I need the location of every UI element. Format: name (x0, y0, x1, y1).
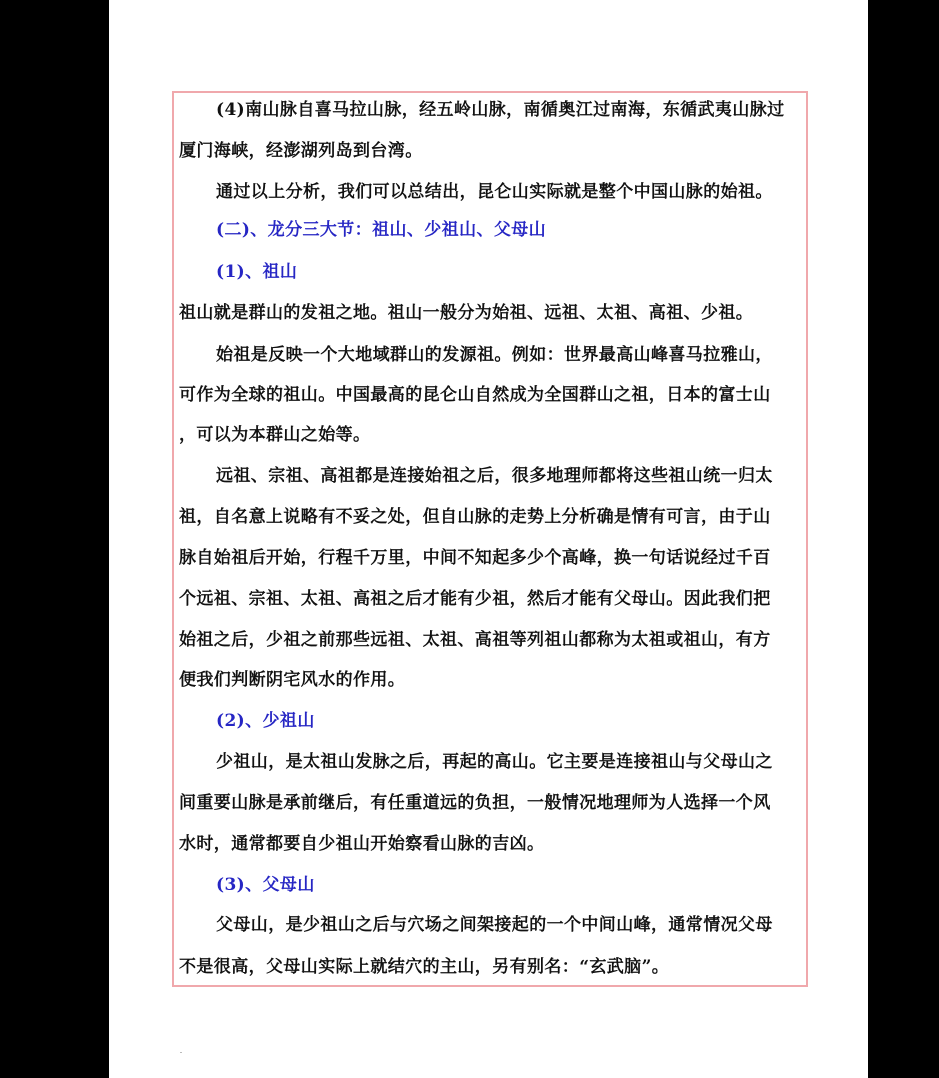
paragraph-line: 始祖之后，少祖之前那些远祖、太祖、高祖等列祖山都称为太祖或祖山，有方 (179, 630, 771, 650)
subsection-heading: (2)、少祖山 (216, 711, 315, 731)
subsection-heading: (1)、祖山 (216, 262, 297, 282)
paragraph-line: 始祖是反映一个大地域群山的发源祖。例如：世界最高山峰喜马拉雅山， (216, 345, 773, 365)
paragraph-line: 父母山，是少祖山之后与穴场之间架接起的一个中间山峰，通常情况父母 (216, 915, 773, 935)
subsection-heading: (3)、父母山 (216, 875, 315, 895)
paragraph-line: 厦门海峡，经澎湖列岛到台湾。 (179, 141, 423, 161)
paragraph-line: 脉自始祖后开始，行程千万里，中间不知起多少个高峰，换一句话说经过千百 (179, 548, 771, 568)
paragraph-line: 不是很高，父母山实际上就结穴的主山，另有别名：“玄武脑”。 (179, 957, 669, 977)
section-heading: (二)、龙分三大节：祖山、少祖山、父母山 (216, 220, 546, 240)
paragraph-line: ，可以为本群山之始等。 (179, 425, 370, 445)
paragraph-line: 间重要山脉是承前继后，有任重道远的负担，一般情况地理师为人选择一个风 (179, 793, 771, 813)
paragraph-line: 祖山就是群山的发祖之地。祖山一般分为始祖、远祖、太祖、高祖、少祖。 (179, 303, 753, 323)
document-page: (4)南山脉自喜马拉山脉，经五岭山脉，南循奥江过南海，东循武夷山脉过 厦门海峡，… (109, 0, 868, 1078)
paragraph-line: (4)南山脉自喜马拉山脉，经五岭山脉，南循奥江过南海，东循武夷山脉过 (216, 100, 785, 120)
paragraph-line: 远祖、宗祖、高祖都是连接始祖之后，很多地理师都将这些祖山统一归太 (216, 466, 773, 486)
text-frame: (4)南山脉自喜马拉山脉，经五岭山脉，南循奥江过南海，东循武夷山脉过 厦门海峡，… (172, 91, 808, 987)
paragraph-line: 少祖山，是太祖山发脉之后，再起的高山。它主要是连接祖山与父母山之 (216, 752, 773, 772)
page-speck (180, 1052, 182, 1053)
paragraph-line: 通过以上分析，我们可以总结出，昆仑山实际就是整个中国山脉的始祖。 (216, 182, 773, 202)
paragraph-line: 便我们判断阴宅风水的作用。 (179, 670, 405, 690)
paragraph-line: 个远祖、宗祖、太祖、高祖之后才能有少祖，然后才能有父母山。因此我们把 (179, 589, 771, 609)
paragraph-line: 水时，通常都要自少祖山开始察看山脉的吉凶。 (179, 834, 544, 854)
paragraph-line: 可作为全球的祖山。中国最高的昆仑山自然成为全国群山之祖，日本的富士山 (179, 385, 771, 405)
paragraph-line: 祖，自名意上说略有不妥之处，但自山脉的走势上分析确是情有可言，由于山 (179, 507, 771, 527)
